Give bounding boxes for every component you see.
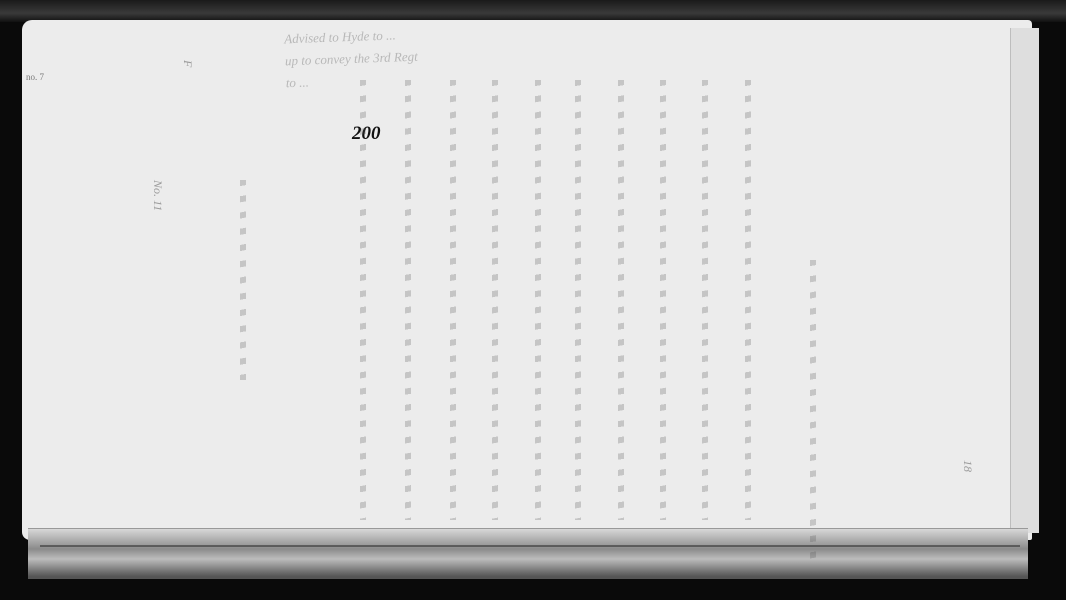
handwriting-line: [702, 80, 708, 520]
handwriting-line: [660, 80, 666, 520]
scan-top-edge: [0, 0, 1066, 22]
handwriting-line: [810, 260, 816, 560]
handwriting-line: [360, 80, 366, 520]
handwritten-text-columns: [220, 60, 940, 520]
handwriting-line: [618, 80, 624, 520]
page-flap: [1010, 28, 1039, 533]
handwriting-line: [450, 80, 456, 520]
handwriting-line: [492, 80, 498, 520]
handwriting-line: [240, 180, 246, 380]
side-mark: 18: [960, 460, 975, 472]
handwriting-line: [575, 80, 581, 520]
side-mark: No. 11: [150, 180, 165, 211]
handwriting-line: [405, 80, 411, 520]
handwriting-line: [535, 80, 541, 520]
corner-mark: no. 7: [26, 72, 44, 82]
binding-strip: [28, 528, 1028, 579]
side-mark: F: [180, 60, 195, 67]
fold-line: [40, 545, 1020, 547]
handwriting-line: [745, 80, 751, 520]
